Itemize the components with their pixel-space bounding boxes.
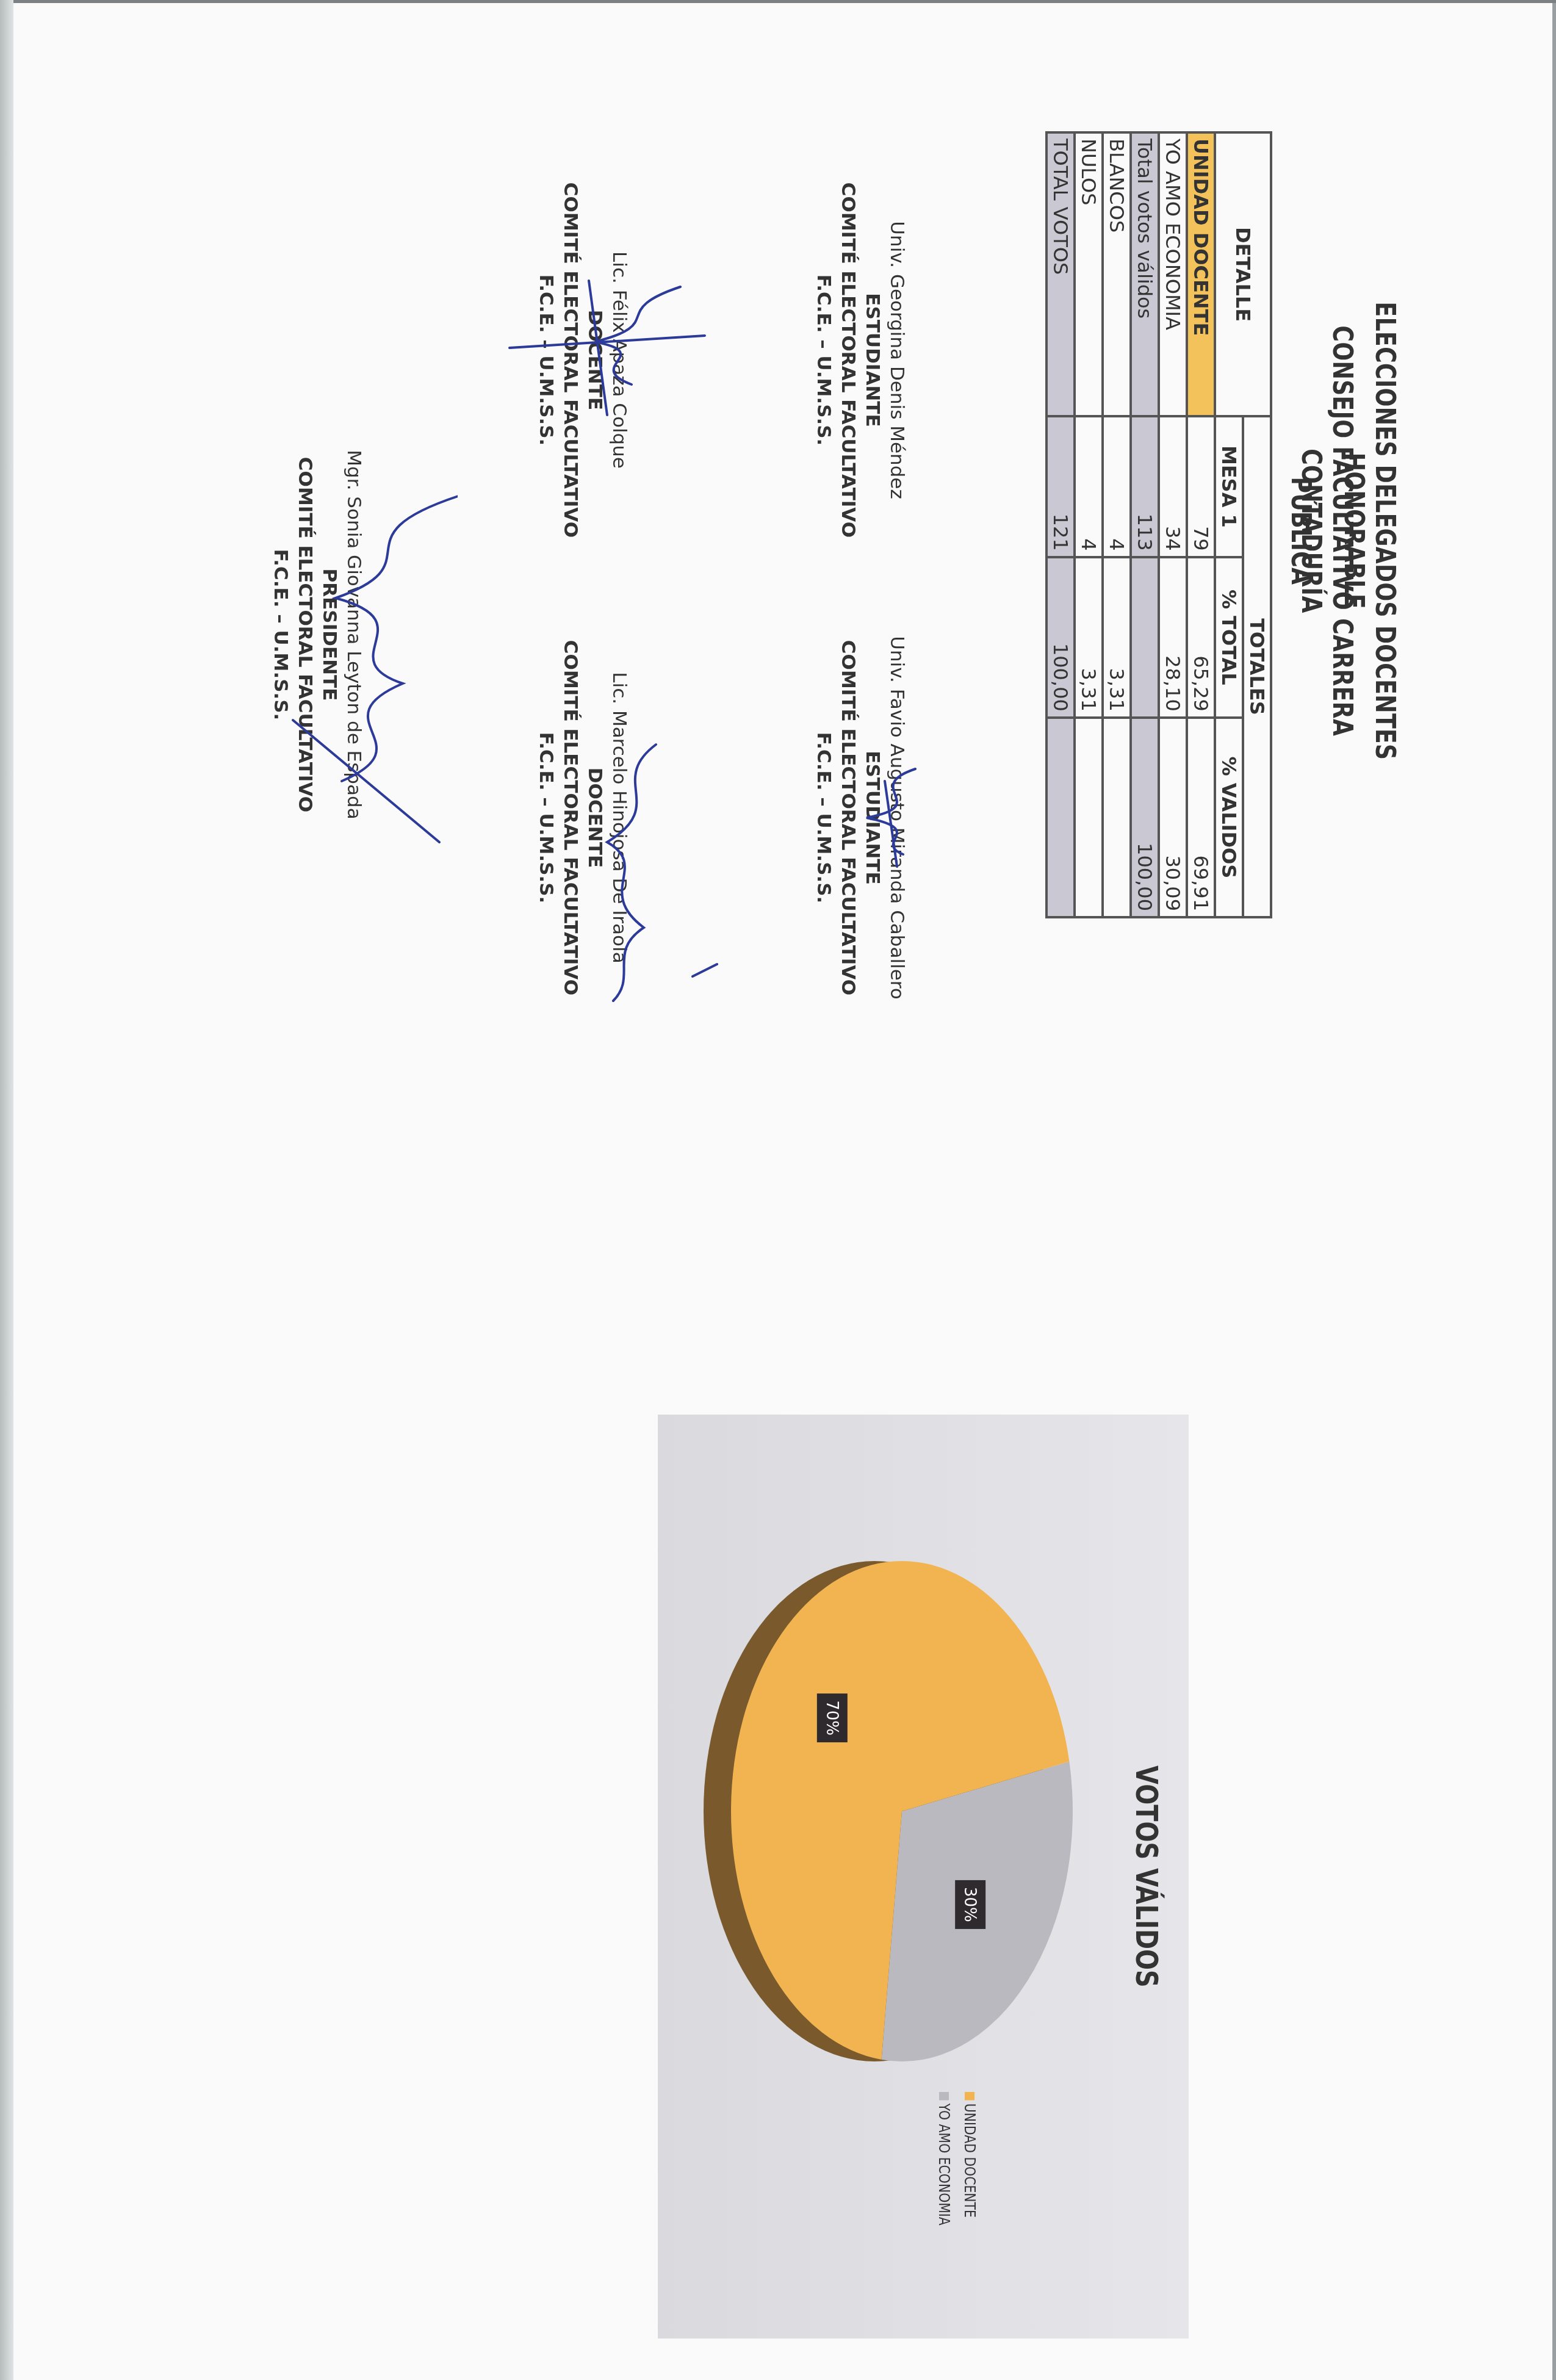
results-table: DETALLE TOTALES MESA 1 % TOTAL % VALIDOS…	[1045, 131, 1272, 918]
header-pct-total: % TOTAL	[1215, 557, 1243, 718]
cell-pct-validos: 100,00	[1131, 718, 1159, 917]
table-row: BLANCOS43,31	[1103, 132, 1131, 917]
pie-chart: 70%30%	[658, 1415, 1189, 2339]
chart-title: VOTOS VÁLIDOS	[1129, 1507, 1164, 2246]
signature-org: COMITÉ ELECTORAL FACULTATIVO	[293, 403, 317, 867]
row-label: TOTAL VOTOS	[1046, 132, 1075, 416]
signature-block-georgina: Univ. Georgina Denis MéndezESTUDIANTECOM…	[812, 128, 909, 592]
row-label: UNIDAD DOCENTE	[1187, 132, 1215, 416]
table-row: UNIDAD DOCENTE7965,2969,91	[1187, 132, 1215, 917]
signature-org: COMITÉ ELECTORAL FACULTATIVO	[558, 128, 583, 592]
cell-mesa-1: 113	[1131, 416, 1159, 557]
legend-item-yo-amo-economia: YO AMO ECONOMIA	[935, 2092, 953, 2226]
signature-block-favio: Univ. Favio Augusto Miranda CaballeroEST…	[812, 586, 909, 1050]
signature-block-marcelo: Lic. Marcelo Hinojosa De IraolaDOCENTECO…	[534, 586, 632, 1050]
header-pct-validos: % VALIDOS	[1215, 718, 1243, 917]
table-row: NULOS43,31	[1075, 132, 1103, 917]
cell-pct-validos	[1075, 718, 1103, 917]
header-totales: TOTALES	[1243, 416, 1271, 917]
signature-inst: F.C.E. – U.M.S.S.	[534, 586, 558, 1050]
signature-inst: F.C.E. – U.M.S.S.	[268, 403, 293, 867]
signature-name: Mgr. Sonia Giovanna Leyton de Espada	[342, 403, 366, 867]
cell-pct-total: 65,29	[1187, 557, 1215, 718]
pie-percent-label: 70%	[817, 1693, 848, 1742]
legend-label: YO AMO ECONOMIA	[935, 2104, 953, 2226]
signature-org: COMITÉ ELECTORAL FACULTATIVO	[558, 586, 583, 1050]
signature-inst: F.C.E. – U.M.S.S.	[812, 586, 836, 1050]
cell-pct-total	[1131, 557, 1159, 718]
scanned-document: ELECCIONES DELEGADOS DOCENTES HONORABLE …	[0, 0, 1556, 2380]
row-label: BLANCOS	[1103, 132, 1131, 416]
svg-text:30%: 30%	[960, 1887, 979, 1922]
cell-pct-validos	[1103, 718, 1131, 917]
cell-pct-total: 3,31	[1075, 557, 1103, 718]
cell-pct-total: 28,10	[1159, 557, 1187, 718]
signature-role: DOCENTE	[583, 586, 607, 1050]
signature-org: COMITÉ ELECTORAL FACULTATIVO	[836, 586, 860, 1050]
cell-pct-validos: 69,91	[1187, 718, 1215, 917]
header-mesa-1: MESA 1	[1215, 416, 1243, 557]
cell-mesa-1: 121	[1046, 416, 1075, 557]
signature-inst: F.C.E. – U.M.S.S.	[534, 128, 558, 592]
scan-edge	[0, 0, 13, 2380]
cell-pct-total: 100,00	[1046, 557, 1075, 718]
signature-org: COMITÉ ELECTORAL FACULTATIVO	[836, 128, 860, 592]
signature-name: Univ. Favio Augusto Miranda Caballero	[885, 586, 909, 1050]
chart-legend: UNIDAD DOCENTE YO AMO ECONOMIA	[927, 2092, 978, 2249]
legend-item-unidad-docente: UNIDAD DOCENTE	[961, 2092, 978, 2226]
cell-mesa-1: 4	[1103, 416, 1131, 557]
legend-swatch	[965, 2092, 974, 2101]
signature-name: Lic. Félix Apaza Colque	[607, 128, 632, 592]
scan-edge	[1552, 0, 1556, 2380]
header-detalle: DETALLE	[1215, 132, 1271, 416]
table-row: Total votos válidos113100,00	[1131, 132, 1159, 917]
signature-block-sonia: Mgr. Sonia Giovanna Leyton de EspadaPRES…	[268, 403, 366, 867]
row-label: YO AMO ECONOMIA	[1159, 132, 1187, 416]
cell-mesa-1: 34	[1159, 416, 1187, 557]
signature-inst: F.C.E. – U.M.S.S.	[812, 128, 836, 592]
pie-chart-panel: 70%30% VOTOS VÁLIDOS UNIDAD DOCENTE YO A…	[658, 1415, 1189, 2339]
signature-name: Lic. Marcelo Hinojosa De Iraola	[607, 586, 632, 1050]
signature-block-felix: Lic. Félix Apaza ColqueDOCENTECOMITÉ ELE…	[534, 128, 632, 592]
pie-percent-label: 30%	[955, 1880, 985, 1929]
scan-edge	[0, 0, 1556, 3]
table-row: YO AMO ECONOMIA3428,1030,09	[1159, 132, 1187, 917]
signature-role: DOCENTE	[583, 128, 607, 592]
cell-pct-validos: 30,09	[1159, 718, 1187, 917]
cell-mesa-1: 4	[1075, 416, 1103, 557]
svg-text:70%: 70%	[823, 1700, 841, 1736]
cell-pct-validos	[1046, 718, 1075, 917]
legend-label: UNIDAD DOCENTE	[961, 2104, 978, 2218]
row-label: Total votos válidos	[1131, 132, 1159, 416]
cell-pct-total: 3,31	[1103, 557, 1131, 718]
signature-role: ESTUDIANTE	[860, 128, 885, 592]
cell-mesa-1: 79	[1187, 416, 1215, 557]
signature-name: Univ. Georgina Denis Méndez	[885, 128, 909, 592]
table-row: TOTAL VOTOS121100,00	[1046, 132, 1075, 917]
signature-role: PRESIDENTE	[317, 403, 342, 867]
row-label: NULOS	[1075, 132, 1103, 416]
legend-swatch	[939, 2092, 949, 2101]
signature-role: ESTUDIANTE	[860, 586, 885, 1050]
document-title-line-3: PÚBLICA	[1285, 246, 1316, 817]
